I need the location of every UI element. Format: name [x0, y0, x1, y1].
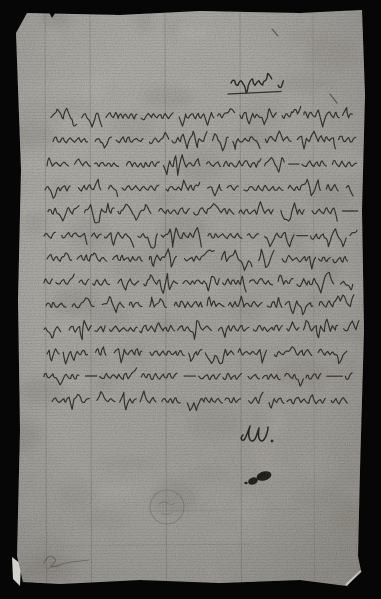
letter-scan: Photograph of a single handwritten lette… — [0, 0, 381, 599]
photo-background: Photograph of a single handwritten lette… — [0, 0, 381, 599]
edge-vignette — [10, 5, 372, 595]
